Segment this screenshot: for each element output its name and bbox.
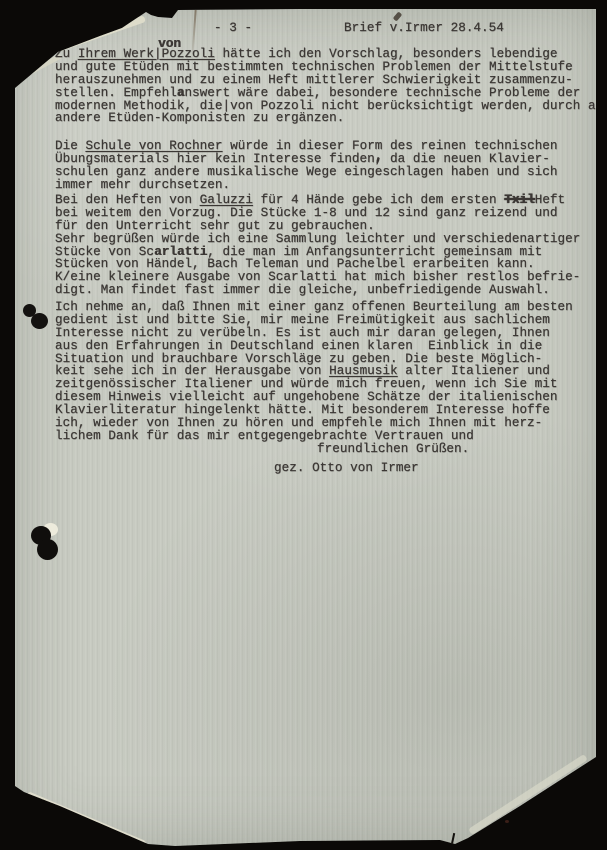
paragraph: Die Schule von Rochner würde in dieser F… [55,140,607,192]
letter-line: digt. Man findet fast immer die gleiche,… [55,284,607,297]
text-segment: immer mehr durchsetzen. [55,177,230,192]
paragraph: Bei den Heften von Galuzzi für 4 Hände g… [55,194,607,297]
paper-sheet: - 3 - Brief v.Irmer 28.4.54 von Zu Ihrem… [0,0,607,850]
paragraph: Zu Ihrem Werk|Pozzoli hätte ich den Vors… [55,48,607,125]
text-segment: digt. Man findet fast immer die gleiche,… [55,282,550,297]
tear-notch-bottom [451,833,455,845]
text-segment: andere Etüden-Komponisten zu ergänzen. [55,110,344,125]
small-hole [52,37,58,42]
document-reference: Brief v.Irmer 28.4.54 [344,20,504,35]
ink-mark-top [164,5,173,12]
fold-highlight-bottom-right [468,754,588,835]
fold-highlight-bottom-left [25,791,146,848]
ink-blot-lower [37,539,58,560]
signature-line: gez. Otto von Irmer [274,460,419,475]
ink-blot-upper [31,313,48,329]
scanned-letter-page: { "colors":{"paper":"#c7cac1","ink":"#3b… [0,0,607,850]
paragraph: Ich nehme an, daß Ihnen mit einer ganz o… [55,301,607,443]
fold-highlight-bottom-left [38,798,97,831]
letter-line: andere Etüden-Komponisten zu ergänzen. [55,112,607,125]
closing-line: freundlichen Grüßen. [317,441,469,456]
page-number: - 3 - [214,20,252,35]
letter-line: immer mehr durchsetzen. [55,179,607,192]
dust-speck [505,820,509,823]
